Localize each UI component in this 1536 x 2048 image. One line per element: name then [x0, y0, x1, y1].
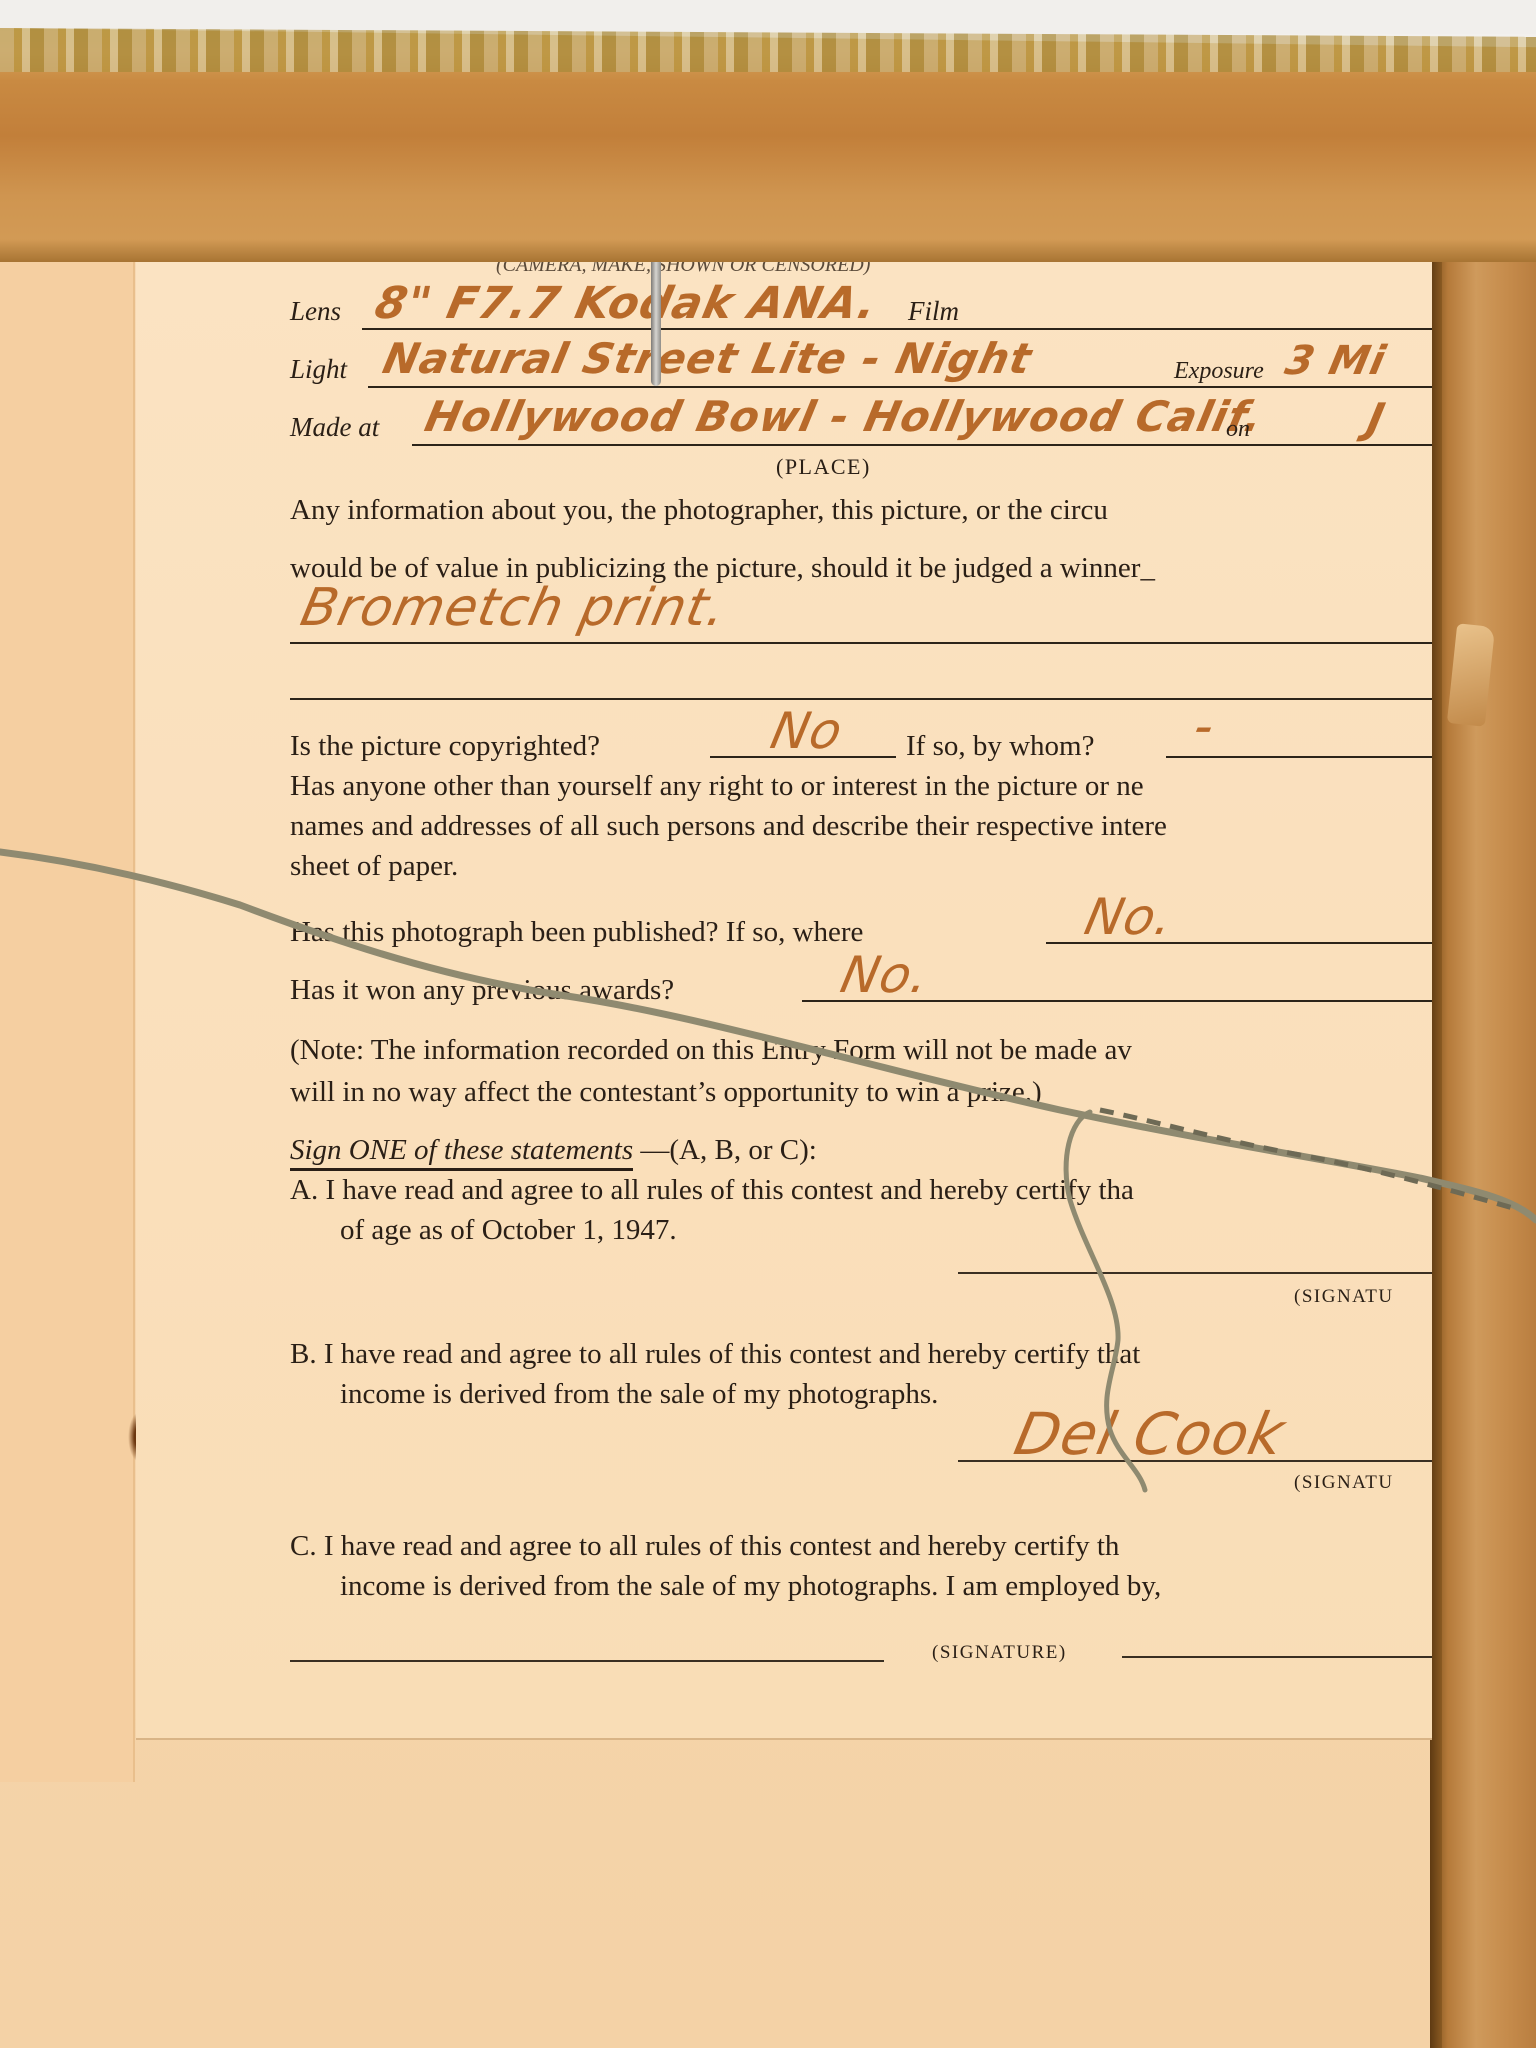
copyright-value: No — [766, 702, 848, 760]
exposure-label: Exposure — [1174, 358, 1264, 385]
published-question: Has this photograph been published? If s… — [290, 916, 863, 949]
on-value: J — [1363, 394, 1390, 443]
light-label: Light — [290, 354, 347, 385]
signature-c-caption: (SIGNATURE) — [932, 1642, 1067, 1664]
entry-form: (CAMERA, MAKE, SHOWN OR CENSORED) Lens 8… — [136, 262, 1432, 1740]
statement-c-line-2: income is derived from the sale of my ph… — [340, 1570, 1161, 1603]
top-cut-text: (CAMERA, MAKE, SHOWN OR CENSORED) — [496, 262, 870, 277]
signature-b-value: Del Cook — [1009, 1400, 1291, 1468]
statement-a-line-1: A. I have read and agree to all rules of… — [290, 1174, 1134, 1207]
info-answer-line-1 — [290, 642, 1432, 644]
made-at-line — [412, 444, 1432, 446]
info-value: Brometch print. — [296, 578, 732, 638]
by-whom-question: If so, by whom? — [906, 730, 1094, 763]
lens-label: Lens — [290, 296, 341, 327]
exposure-value: 3 Mi — [1281, 338, 1390, 384]
exposure-line — [1284, 386, 1432, 388]
rights-line-1: Has anyone other than yourself any right… — [290, 770, 1144, 803]
frame-gilt-edge — [0, 28, 1536, 72]
note-line-2: will in no way affect the contestant’s o… — [290, 1076, 1042, 1109]
info-answer-line-2 — [290, 698, 1432, 700]
sign-heading-row: Sign ONE of these statements —(A, B, or … — [290, 1134, 817, 1167]
made-at-label: Made at — [290, 412, 379, 443]
by-whom-value: – — [1192, 708, 1219, 748]
backing-left-strip — [0, 262, 135, 1782]
signature-b-caption: (SIGNATU — [1294, 1472, 1394, 1494]
signature-a-line[interactable] — [958, 1272, 1432, 1274]
awards-question: Has it won any previous awards? — [290, 974, 674, 1007]
lens-value: 8" F7.7 Kodak ANA. — [371, 278, 882, 329]
rights-line-3: sheet of paper. — [290, 850, 458, 883]
light-value: Natural Street Lite - Night — [379, 334, 1037, 383]
signature-a-caption: (SIGNATU — [1294, 1286, 1394, 1308]
on-label: on — [1226, 416, 1250, 443]
frame-right-rail — [1436, 262, 1536, 2048]
sign-heading-tail: —(A, B, or C): — [640, 1134, 816, 1166]
sign-heading: Sign ONE of these statements — [290, 1134, 633, 1171]
signature-c-line-right[interactable] — [1122, 1656, 1432, 1658]
wall-background — [0, 0, 1536, 34]
signature-c-line-left[interactable] — [290, 1660, 884, 1662]
made-at-value: Hollywood Bowl - Hollywood Calif. — [421, 392, 1268, 441]
published-value: No. — [1080, 888, 1179, 946]
statement-b-line-2: income is derived from the sale of my ph… — [340, 1378, 938, 1411]
info-line-1: Any information about you, the photograp… — [290, 494, 1108, 527]
awards-value: No. — [836, 946, 935, 1004]
rights-line-2: names and addresses of all such persons … — [290, 810, 1167, 843]
statement-c-line-1: C. I have read and agree to all rules of… — [290, 1530, 1119, 1563]
film-line — [974, 328, 1432, 330]
statement-b-line-1: B. I have read and agree to all rules of… — [290, 1338, 1140, 1371]
copyright-question: Is the picture copyrighted? — [290, 730, 600, 763]
by-whom-line — [1166, 756, 1432, 758]
place-caption: (PLACE) — [776, 454, 871, 480]
note-line-1: (Note: The information recorded on this … — [290, 1034, 1132, 1067]
nail — [651, 262, 661, 386]
film-label: Film — [908, 296, 959, 327]
light-line — [368, 386, 1328, 388]
statement-a-line-2: of age as of October 1, 1947. — [340, 1214, 677, 1247]
